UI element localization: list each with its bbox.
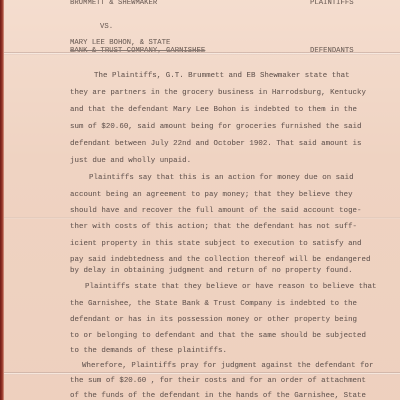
plaintiffs-label: PLAINTIFFS bbox=[310, 0, 354, 7]
body-line: Wherefore, Plaintiffs pray for judgment … bbox=[82, 362, 374, 370]
body-line: defendant or has in its possession money… bbox=[70, 316, 357, 324]
body-line: The Plaintiffs, G.T. Brummett and EB She… bbox=[94, 72, 350, 80]
body-line: sum of $20.60, said amount being for gro… bbox=[70, 123, 362, 131]
body-line: defendant between July 22nd and October … bbox=[70, 140, 362, 148]
body-line: Plaintiffs state that they believe or ha… bbox=[85, 283, 377, 291]
body-line: just due and wholly unpaid. bbox=[70, 157, 191, 165]
fold-crease bbox=[4, 217, 400, 219]
body-line: pay said indebtedness and the collection… bbox=[70, 256, 371, 264]
fold-crease bbox=[4, 372, 400, 375]
body-line: the sum of $20.60 , for their costs and … bbox=[70, 377, 366, 385]
body-line: by delay in obtaining judgment and retur… bbox=[70, 267, 353, 275]
body-line: Plaintiffs say that this is an action fo… bbox=[89, 174, 354, 182]
defendant-line-1: MARY LEE BOHON, & STATE bbox=[70, 39, 170, 47]
body-line: they are partners in the grocery busines… bbox=[70, 89, 366, 97]
body-line: to or belonging to defendant and that th… bbox=[70, 332, 366, 340]
document-page: BRUMMETT & SHEWMAKER PLAINTIFFS VS. MARY… bbox=[0, 0, 400, 400]
body-line: and that the defendant Mary Lee Bohon is… bbox=[70, 106, 357, 114]
body-line: the Garnishee, the State Bank & Trust Co… bbox=[70, 300, 357, 308]
body-line: should have and recover the full amount … bbox=[70, 207, 362, 215]
body-line: account being an agreement to pay money;… bbox=[70, 191, 353, 199]
document-left-edge bbox=[0, 0, 4, 400]
body-line: icient property in this state subject to… bbox=[70, 240, 362, 248]
body-line: ther with costs of this action; that the… bbox=[70, 223, 357, 231]
body-line: of the funds of the defendant in the han… bbox=[70, 392, 366, 400]
body-line: to the demands of these plaintiffs. bbox=[70, 347, 227, 355]
plaintiffs-names: BRUMMETT & SHEWMAKER bbox=[70, 0, 157, 7]
versus-label: VS. bbox=[100, 23, 113, 31]
fold-crease bbox=[4, 52, 400, 55]
